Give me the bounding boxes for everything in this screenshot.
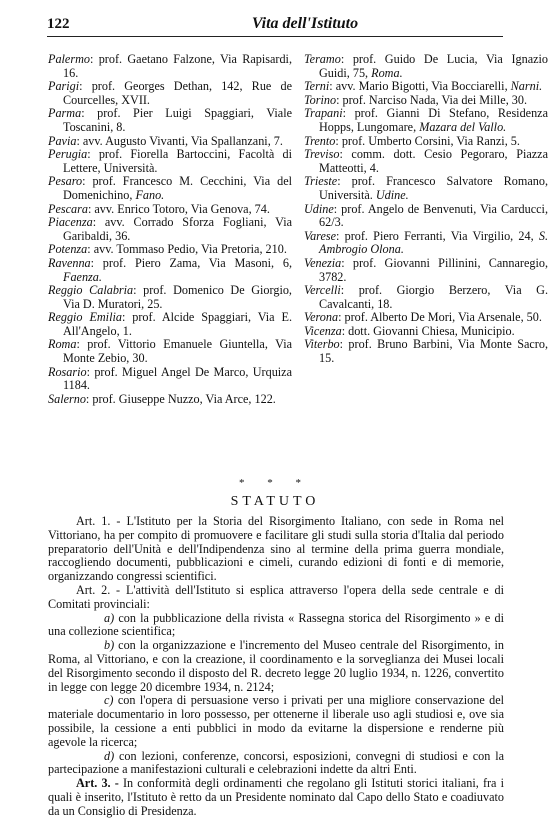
city-name: Torino — [304, 93, 336, 107]
directory-entry: Udine: prof. Angelo de Benvenuti, Via Ca… — [304, 203, 548, 230]
directory-entry: Pesaro: prof. Francesco M. Cecchini, Via… — [48, 175, 292, 202]
city-name: Parma — [48, 106, 81, 120]
city-name: Palermo — [48, 52, 90, 66]
directory-entry: Parigi: prof. Georges Dethan, 142, Rue d… — [48, 80, 292, 107]
left-column-directory: Palermo: prof. Gaetano Falzone, Via Rapi… — [48, 53, 292, 406]
directory-entry: Reggio Calabria: prof. Domenico De Giorg… — [48, 284, 292, 311]
directory-entry: Venezia: prof. Giovanni Pillinini, Canna… — [304, 257, 548, 284]
directory-entry: Trieste: prof. Francesco Salvatore Roman… — [304, 175, 548, 202]
article-paragraph: Art. 2. - L'attività dell'Istituto si es… — [48, 584, 504, 612]
directory-entry: Vercelli: prof. Giorgio Berzero, Via G. … — [304, 284, 548, 311]
article-subitem: b) con la organizzazione e l'incremento … — [48, 639, 504, 694]
city-name: Reggio Calabria — [48, 283, 133, 297]
city-name: Terni — [304, 79, 329, 93]
city-name: Salerno — [48, 392, 86, 406]
directory-entry: Pescara: avv. Enrico Totoro, Via Genova,… — [48, 203, 292, 217]
city-name: Pavia — [48, 134, 76, 148]
directory-entry: Varese: prof. Piero Ferranti, Via Virgil… — [304, 230, 548, 257]
directory-entry: Potenza: avv. Tommaso Pedio, Via Pretori… — [48, 243, 292, 257]
directory-entry: Terni: avv. Mario Bigotti, Via Bocciarel… — [304, 80, 548, 94]
directory-entry: Pavia: avv. Augusto Vivanti, Via Spallan… — [48, 135, 292, 149]
city-name: Udine — [304, 202, 334, 216]
directory-entry: Parma: prof. Pier Luigi Spaggiari, Viale… — [48, 107, 292, 134]
article-subitem: d) con lezioni, conferenze, concorsi, es… — [48, 750, 504, 778]
article-paragraph: Art. 3. - In conformità degli ordinament… — [48, 777, 504, 818]
city-name: Trento — [304, 134, 335, 148]
article-subitem: a) con la pubblicazione della rivista « … — [48, 612, 504, 640]
article-paragraph: Art. 1. - L'Istituto per la Storia del R… — [48, 515, 504, 584]
directory-entry: Perugia: prof. Fiorella Bartoccini, Faco… — [48, 148, 292, 175]
directory-entry: Reggio Emilia: prof. Alcide Spaggiari, V… — [48, 311, 292, 338]
city-name: Piacenza — [48, 215, 93, 229]
city-name: Roma — [48, 337, 76, 351]
city-name: Verona — [304, 310, 338, 324]
city-name: Vicenza — [304, 324, 342, 338]
article-subitem: c) con l'opera di persuasione verso i pr… — [48, 694, 504, 749]
directory-entry: Torino: prof. Narciso Nada, Via dei Mill… — [304, 94, 548, 108]
directory-entry: Ravenna: prof. Piero Zama, Via Masoni, 6… — [48, 257, 292, 284]
section-separator: * * * — [0, 477, 550, 489]
directory-entry: Trento: prof. Umberto Corsini, Via Ranzi… — [304, 135, 548, 149]
running-title: Vita dell'Istituto — [47, 15, 503, 33]
directory-entry: Palermo: prof. Gaetano Falzone, Via Rapi… — [48, 53, 292, 80]
city-name: Teramo — [304, 52, 341, 66]
directory-entry: Rosario: prof. Miguel Angel De Marco, Ur… — [48, 366, 292, 393]
page-header: 122 Vita dell'Istituto — [47, 14, 503, 37]
city-name: Parigi — [48, 79, 79, 93]
section-title: STATUTO — [0, 494, 550, 510]
city-name: Treviso — [304, 147, 339, 161]
right-column-directory: Teramo: prof. Guido De Lucia, Via Ignazi… — [304, 53, 548, 366]
city-name: Ravenna — [48, 256, 91, 270]
city-name: Reggio Emilia — [48, 310, 122, 324]
city-name: Vercelli — [304, 283, 341, 297]
directory-entry: Vicenza: dott. Giovanni Chiesa, Municipi… — [304, 325, 548, 339]
city-name: Potenza — [48, 242, 87, 256]
statuto-body: Art. 1. - L'Istituto per la Storia del R… — [48, 515, 504, 819]
directory-entry: Treviso: comm. dott. Cesio Pegoraro, Pia… — [304, 148, 548, 175]
city-name: Trieste — [304, 174, 337, 188]
directory-entry: Verona: prof. Alberto De Mori, Via Arsen… — [304, 311, 548, 325]
city-name: Venezia — [304, 256, 341, 270]
directory-entry: Salerno: prof. Giuseppe Nuzzo, Via Arce,… — [48, 393, 292, 407]
city-name: Varese — [304, 229, 336, 243]
city-name: Pescara — [48, 202, 88, 216]
city-name: Trapani — [304, 106, 343, 120]
directory-entry: Viterbo: prof. Bruno Barbini, Via Monte … — [304, 338, 548, 365]
directory-entry: Roma: prof. Vittorio Emanuele Giuntella,… — [48, 338, 292, 365]
city-name: Viterbo — [304, 337, 340, 351]
city-name: Perugia — [48, 147, 87, 161]
city-name: Rosario — [48, 365, 87, 379]
directory-entry: Trapani: prof. Gianni Di Stefano, Reside… — [304, 107, 548, 134]
directory-entry: Teramo: prof. Guido De Lucia, Via Ignazi… — [304, 53, 548, 80]
city-name: Pesaro — [48, 174, 82, 188]
directory-entry: Piacenza: avv. Corrado Sforza Fogliani, … — [48, 216, 292, 243]
